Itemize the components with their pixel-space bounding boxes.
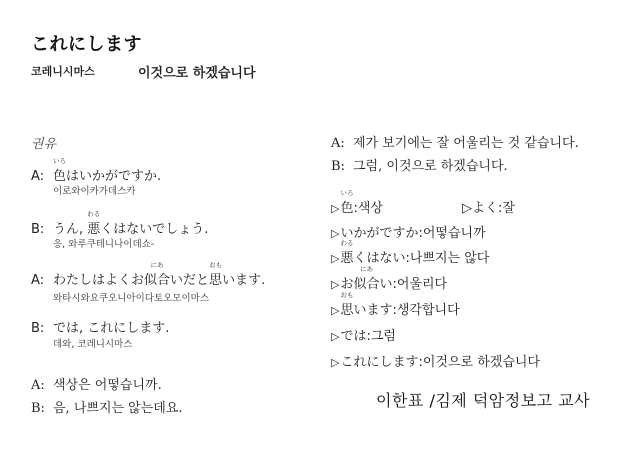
speaker-label: A: — [31, 169, 53, 184]
dialogue-text: では, これにします. — [53, 321, 169, 336]
triangle-icon: ▷ — [331, 227, 339, 240]
kanji: 悪 — [87, 222, 100, 237]
speaker-label: B: — [31, 321, 53, 336]
kanji-with-furigana: いろ色 — [340, 197, 353, 216]
speaker-label: B: — [31, 401, 53, 416]
dialogue-reading-3: 와타시와요쿠오니아이다토오모이마스 — [53, 290, 209, 304]
author-credit: 이한표 /김제 덕암정보고 교사 — [376, 388, 590, 411]
kanji-with-furigana: おも思 — [209, 269, 222, 288]
vocab-item-1: ▷いろ色:색상 — [331, 197, 383, 216]
kanji-with-furigana: おも思 — [340, 299, 353, 318]
title-reading: 코레니시마스 — [31, 63, 95, 79]
kanji: 色 — [340, 201, 353, 216]
dialogue-text: いだと — [170, 273, 209, 288]
kanji: 似合 — [144, 273, 170, 288]
vocab-text: います:생각합니다 — [353, 303, 459, 318]
vocab-item-5: ▷おも思います:생각합니다 — [331, 299, 460, 318]
speaker-label: B: — [331, 159, 353, 174]
furigana: わる — [340, 238, 353, 247]
korean-text: 음, 나쁘지는 않는데요. — [53, 401, 183, 416]
speaker-label: A: — [31, 273, 53, 288]
kanji: 似合 — [353, 277, 379, 292]
speaker-label: A: — [31, 378, 53, 393]
dialogue-text: うん, — [53, 222, 87, 237]
dialogue-line-3: A:わたしはよくおにあ似合いだとおも思います. — [31, 269, 265, 288]
furigana: いろ — [53, 156, 66, 165]
dialogue-text: わたしはよくお — [53, 273, 144, 288]
korean-line-2: B:음, 나쁘지는 않는데요. — [31, 397, 183, 416]
dialogue-reading-1: 이로와이카가데스카 — [53, 183, 136, 197]
title-meaning: 이것으로 하겠습니다 — [138, 62, 256, 81]
triangle-icon: ▷ — [331, 356, 339, 369]
dialogue-text: います. — [222, 273, 265, 288]
vocab-text: :색상 — [353, 201, 383, 216]
dialogue-line-4: B:では, これにします. — [31, 317, 169, 336]
dialogue-reading-2: 응, 와루쿠테니나이데쇼- — [53, 236, 154, 250]
dialogue-reading-4: 데와, 코레니시마스 — [53, 336, 132, 350]
vocab-text: いかがですか:어떻습니까 — [340, 226, 485, 241]
furigana: おも — [340, 290, 353, 299]
korean-line-4: B:그럼, 이것으로 하겠습니다. — [331, 155, 508, 174]
triangle-icon: ▷ — [331, 304, 339, 317]
kanji-with-furigana: にあ似合 — [144, 269, 170, 288]
furigana: おも — [209, 260, 222, 269]
korean-text: 제가 보기에는 잘 어울리는 것 같습니다. — [353, 136, 579, 151]
vocab-item-2: ▷いかがですか:어떻습니까 — [331, 222, 486, 241]
vocab-text: では:그럼 — [340, 329, 396, 344]
speaker-label: A: — [331, 136, 353, 151]
korean-text: 색상은 어떻습니까. — [53, 378, 162, 393]
vocab-text: い:어울리다 — [380, 277, 448, 292]
kanji: 色 — [53, 169, 66, 184]
furigana: にあ — [144, 260, 170, 269]
furigana: いろ — [340, 188, 353, 197]
korean-line-3: A:제가 보기에는 잘 어울리는 것 같습니다. — [331, 132, 579, 151]
lesson-title: これにします — [31, 30, 142, 56]
kanji: 思 — [340, 303, 353, 318]
triangle-icon: ▷ — [331, 278, 339, 291]
triangle-icon: ▷ — [331, 330, 339, 343]
dialogue-text: くはないでしょう. — [100, 222, 208, 237]
furigana: わる — [87, 209, 100, 218]
kanji-with-furigana: わる悪 — [340, 247, 353, 266]
triangle-icon: ▷ — [331, 202, 339, 215]
kanji-with-furigana: にあ似合 — [353, 273, 379, 292]
korean-text: 그럼, 이것으로 하겠습니다. — [353, 159, 508, 174]
section-label: 권유 — [31, 133, 56, 152]
dialogue-line-2: B:うん, わる悪くはないでしょう. — [31, 218, 208, 237]
speaker-label: B: — [31, 222, 53, 237]
vocab-text: これにします:이것으로 하겠습니다 — [340, 355, 540, 370]
furigana: にあ — [353, 264, 379, 273]
vocab-item-yoku: ▷よく:잘 — [462, 197, 515, 216]
kanji: 思 — [209, 273, 222, 288]
kanji-with-furigana: わる悪 — [87, 218, 100, 237]
dialogue-line-1: A:いろ色はいかがですか. — [31, 165, 161, 184]
kanji-with-furigana: いろ色 — [53, 165, 66, 184]
kanji: 悪 — [340, 251, 353, 266]
vocab-item-7: ▷これにします:이것으로 하겠습니다 — [331, 351, 540, 370]
triangle-icon: ▷ — [331, 252, 339, 265]
dialogue-text: はいかがですか. — [66, 169, 161, 184]
korean-line-1: A:색상은 어떻습니까. — [31, 374, 162, 393]
vocab-item-6: ▷では:그럼 — [331, 325, 396, 344]
